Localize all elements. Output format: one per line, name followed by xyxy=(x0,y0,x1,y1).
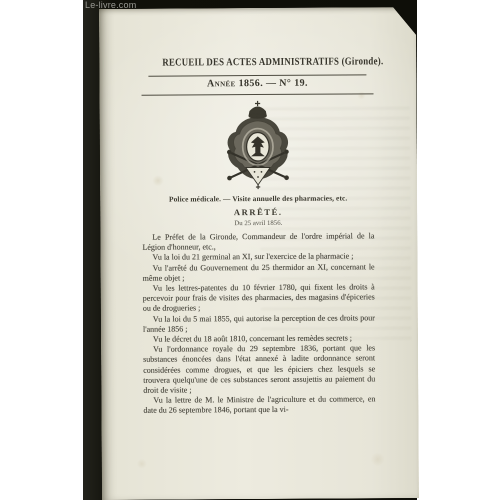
imperial-crest-icon xyxy=(218,100,299,190)
photo-backdrop: Le-livre.com RECUEIL DES ACTES ADMINISTR… xyxy=(83,0,417,500)
decree-paragraph: Vu la loi du 5 mai 1855, qui autorise la… xyxy=(143,313,375,335)
decree-paragraph: Le Préfet de la Gironde, Commandeur de l… xyxy=(142,231,374,253)
section-heading: Police médicale. — Visite annuelle des p… xyxy=(142,193,374,203)
decree-title: ARRÊTÉ. xyxy=(142,206,374,217)
decree-paragraph: Vu les lettres-patentes du 10 février 17… xyxy=(143,282,375,314)
product-photo-canvas: { "watermark": "Le-livre.com", "colors":… xyxy=(0,0,500,500)
issue-line: Année 1856. — N° 19. xyxy=(141,77,373,89)
decree-paragraph: Vu l'arrêté du Gouvernement du 25 thermi… xyxy=(143,262,375,284)
title-rule-bottom xyxy=(142,93,374,95)
document-page: RECUEIL DES ACTES ADMINISTRATIFS (Girond… xyxy=(99,7,419,500)
title-rule-top xyxy=(148,74,366,76)
page-content: RECUEIL DES ACTES ADMINISTRATIFS (Girond… xyxy=(141,51,375,416)
watermark-text: Le-livre.com xyxy=(85,0,136,10)
decree-paragraph: Vu la lettre de M. le Ministre de l'agri… xyxy=(143,395,375,417)
journal-title: RECUEIL DES ACTES ADMINISTRATIFS (Girond… xyxy=(141,51,373,70)
decree-body: Le Préfet de la Gironde, Commandeur de l… xyxy=(142,231,375,416)
decree-paragraph: Vu l'ordonnance royale du 29 septembre 1… xyxy=(143,344,375,396)
decree-date: Du 25 avril 1856. xyxy=(142,219,374,227)
